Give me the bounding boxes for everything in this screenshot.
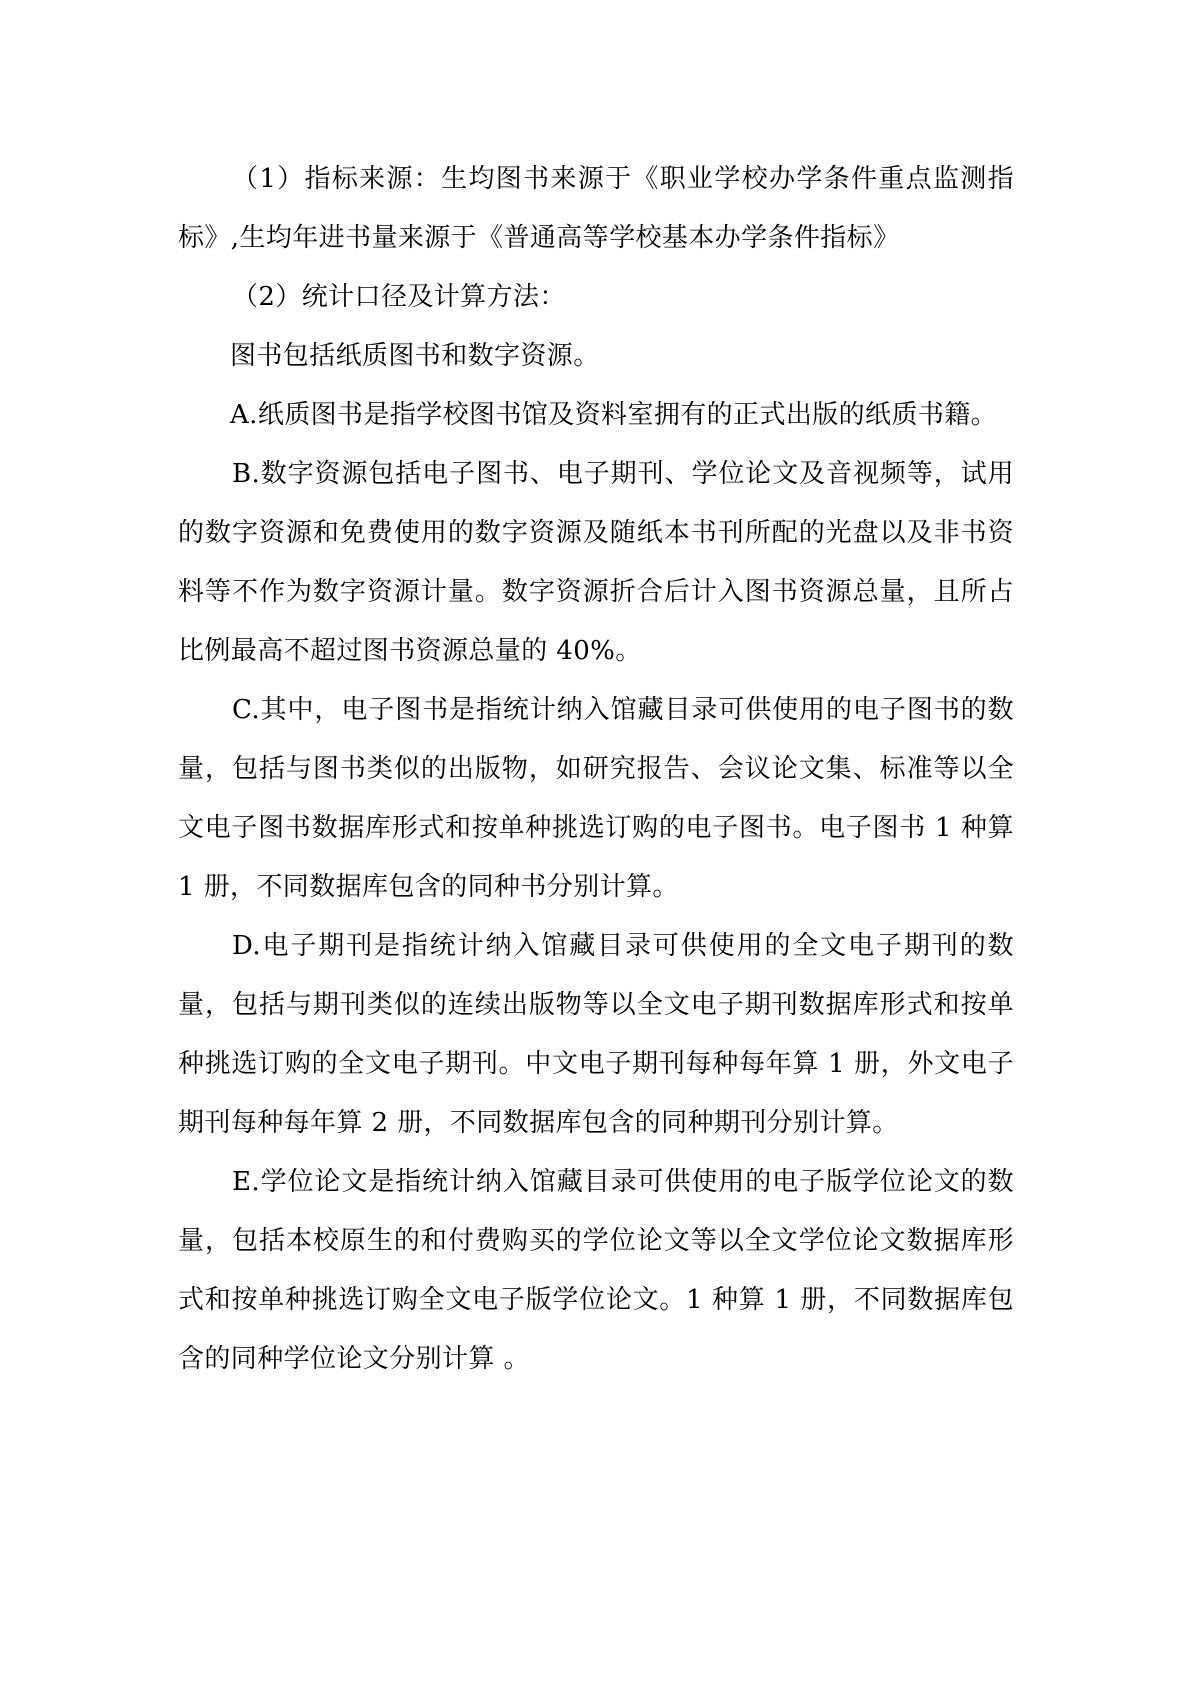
paragraph-books-include: 图书包括纸质图书和数字资源。 <box>178 327 1014 386</box>
paragraph-indicator-source: （1）指标来源：生均图书来源于《职业学校办学条件重点监测指标》,生均年进书量来源… <box>178 150 1014 268</box>
paragraph-method-heading: （2）统计口径及计算方法： <box>178 268 1014 327</box>
document-page: （1）指标来源：生均图书来源于《职业学校办学条件重点监测指标》,生均年进书量来源… <box>178 150 1014 1389</box>
paragraph-item-b-digital-resources: B.数字资源包括电子图书、电子期刊、学位论文及音视频等，试用的数字资源和免费使用… <box>178 445 1014 681</box>
paragraph-item-c-ebooks: C.其中，电子图书是指统计纳入馆藏目录可供使用的电子图书的数量，包括与图书类似的… <box>178 681 1014 917</box>
paragraph-item-d-ejournals: D.电子期刊是指统计纳入馆藏目录可供使用的全文电子期刊的数量，包括与期刊类似的连… <box>178 917 1014 1153</box>
paragraph-item-e-theses: E.学位论文是指统计纳入馆藏目录可供使用的电子版学位论文的数量，包括本校原生的和… <box>178 1153 1014 1389</box>
paragraph-item-a-paper-books: A.纸质图书是指学校图书馆及资料室拥有的正式出版的纸质书籍。 <box>178 386 1014 445</box>
